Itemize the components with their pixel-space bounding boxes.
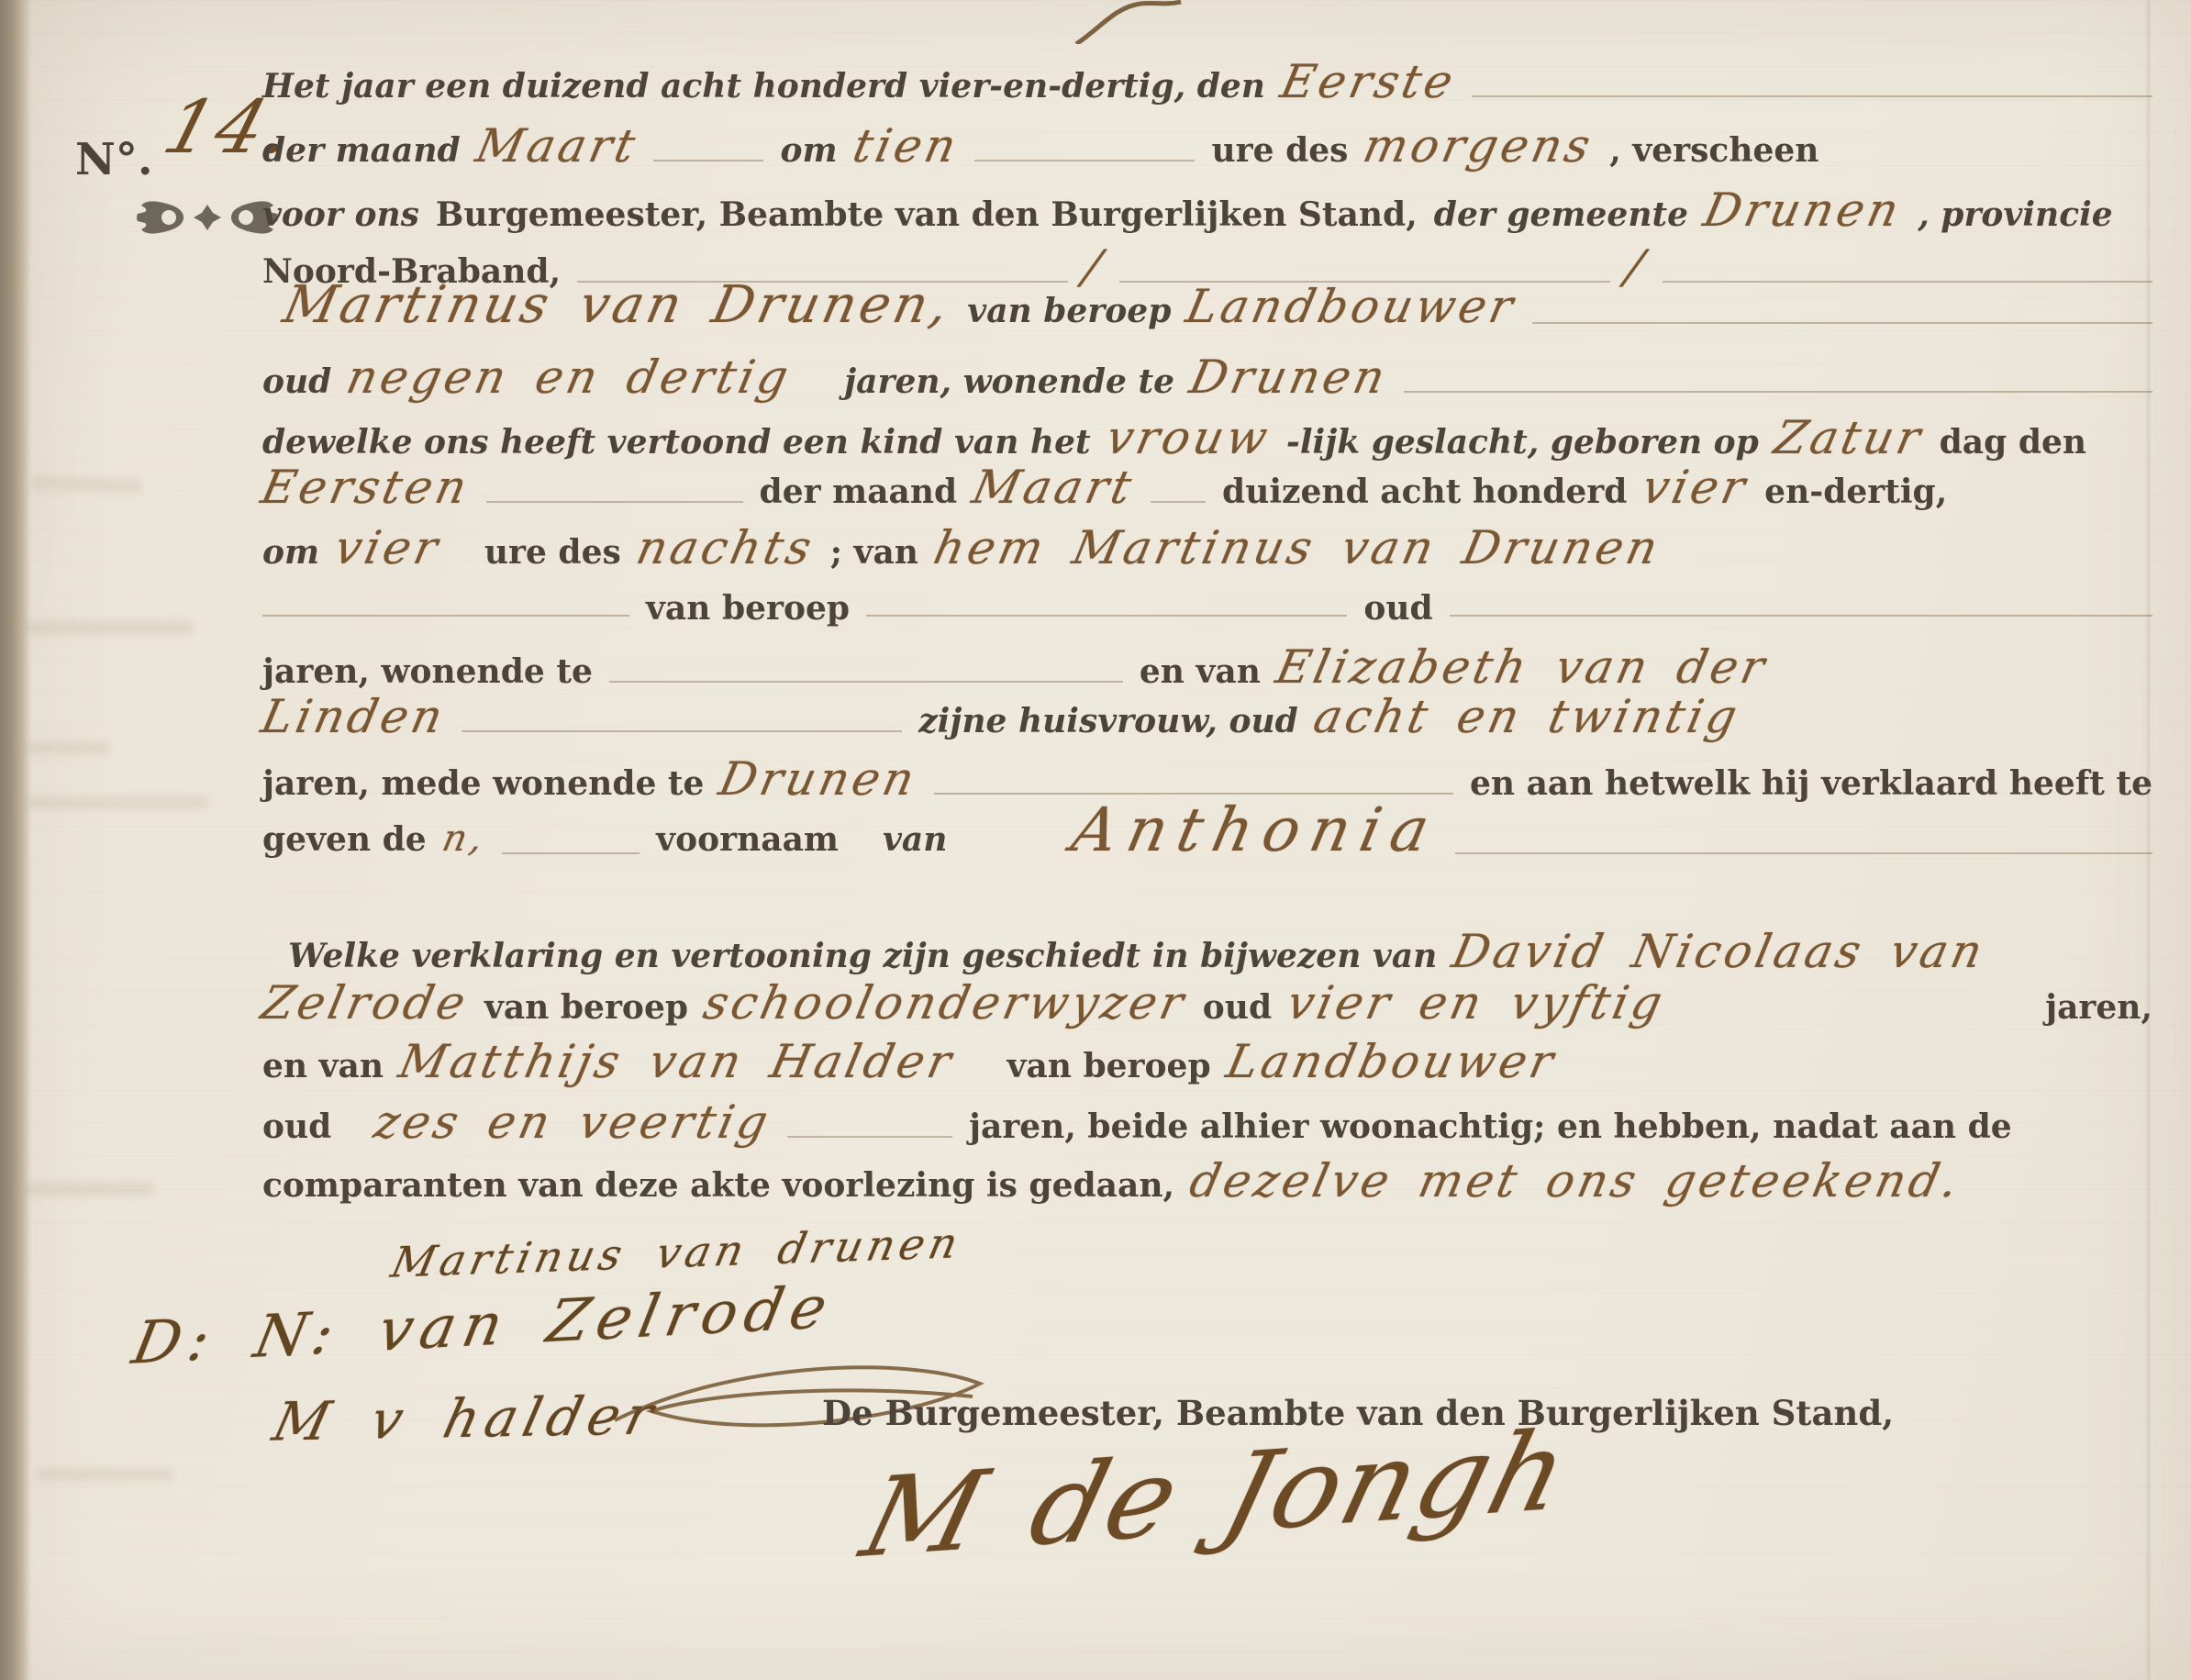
handwritten-residence: Drunen xyxy=(1185,350,1394,404)
bleedthrough-smudge xyxy=(26,796,209,809)
act-line-9: om vier ure des nachts ; van hem Martinu… xyxy=(262,521,2152,574)
bleedthrough-smudge xyxy=(26,1182,154,1196)
handwritten-witness2-name: Matthijs van Halder xyxy=(395,1035,960,1088)
act-number-label: N°. xyxy=(75,134,153,185)
print-text: oud xyxy=(1203,988,1272,1027)
print-text: -lijk geslacht, geboren op xyxy=(1286,423,1759,462)
handwritten-birth-daypart: nachts xyxy=(632,521,819,574)
page-binding-edge xyxy=(0,0,31,1680)
print-text: Welke verklaring en vertooning zijn gesc… xyxy=(288,937,1437,975)
scanned-birth-act: N°. 14. Het jaar een duizend acht honder… xyxy=(0,0,2191,1680)
handwritten-father-name: hem Martinus van Drunen xyxy=(929,521,1666,574)
print-text: zijne huisvrouw, oud xyxy=(918,702,1298,740)
handwritten-birth-month: Maart xyxy=(968,461,1140,514)
print-text: om xyxy=(262,533,319,572)
print-text: jaren, wonende te xyxy=(844,362,1174,401)
fill-rule xyxy=(974,160,1195,161)
fill-rule xyxy=(262,615,629,617)
fill-rule xyxy=(1532,322,2152,324)
print-text: dag den xyxy=(1940,423,2086,462)
act-line-5: Martinus van Drunen, van beroep Landbouw… xyxy=(262,275,2152,335)
handwritten-letter: n, xyxy=(439,818,490,860)
print-text: ure des xyxy=(1211,131,1348,170)
handwritten-witness1-age: vier en vyftig xyxy=(1283,976,1671,1029)
print-text: jaren, wonende te xyxy=(262,652,593,691)
print-text: en van xyxy=(262,1047,384,1085)
print-text: ure des xyxy=(484,533,621,572)
print-text: Het jaar een duizend acht honderd vier-e… xyxy=(262,67,1265,106)
print-text: duizend acht honderd xyxy=(1222,473,1627,511)
fill-rule xyxy=(462,730,902,732)
act-line-6: oud negen en dertig jaren, wonende te Dr… xyxy=(262,350,2152,404)
print-text: der maand xyxy=(760,473,958,511)
print-text: van beroep xyxy=(967,292,1171,330)
handwritten-weekday: Zatur xyxy=(1770,411,1929,464)
print-text: jaren, beide alhier woonachtig; en hebbe… xyxy=(969,1107,2012,1146)
handwritten-gender: vrouw xyxy=(1101,411,1275,464)
print-text: oud xyxy=(262,362,331,401)
act-line-11: jaren, wonende te en van Elizabeth van d… xyxy=(262,640,2152,694)
fill-rule xyxy=(866,615,1347,617)
act-line-16: Zelrode van beroep schoolonderwyzer oud … xyxy=(262,976,2152,1029)
handwritten-witness1-surname: Zelrode xyxy=(257,976,473,1029)
print-text: , provincie xyxy=(1918,195,2112,234)
print-text: comparanten van deze akte voorlezing is … xyxy=(262,1166,1174,1205)
act-line-1: Het jaar een duizend acht honderd vier-e… xyxy=(262,55,2152,108)
print-text: en-dertig, xyxy=(1764,473,1947,511)
handwritten-witness1-name: David Nicolaas van xyxy=(1448,925,1991,978)
act-line-19: comparanten van deze akte voorlezing is … xyxy=(262,1154,2152,1207)
fill-rule xyxy=(1404,391,2152,393)
handwritten-witness2-age: zes en veertig xyxy=(370,1096,776,1149)
print-text: en van xyxy=(1140,652,1261,691)
print-text: der maand xyxy=(262,131,461,170)
act-line-3: voor ons Burgemeester, Beambte van den B… xyxy=(262,184,2152,237)
handwritten-mother-age: acht en twintig xyxy=(1309,690,1745,743)
act-line-15: Welke verklaring en vertooning zijn gesc… xyxy=(262,925,2152,978)
stray-ink-stroke xyxy=(1051,0,1188,44)
fill-rule xyxy=(653,160,763,161)
handwritten-birth-hour: vier xyxy=(330,521,446,574)
print-text: jaren, xyxy=(2045,988,2152,1027)
handwritten-birth-year: vier xyxy=(1638,461,1753,514)
handwritten-day: Eerste xyxy=(1276,55,1462,108)
print-text: dewelke ons heeft vertoond een kind van … xyxy=(262,423,1091,462)
signature-declarant: Martinus van drunen xyxy=(387,1218,967,1286)
print-text: der gemeente xyxy=(1434,195,1688,234)
print-text: voornaam xyxy=(656,820,839,859)
fill-rule xyxy=(1455,852,2152,854)
handwritten-child-firstname: Anthonia xyxy=(1066,795,1446,865)
print-text: oud xyxy=(262,1107,331,1146)
fill-rule xyxy=(1472,95,2152,97)
print-text: geven de xyxy=(262,820,427,859)
bleedthrough-smudge xyxy=(28,741,110,754)
handwritten-witness2-occupation: Landbouwer xyxy=(1221,1035,1561,1088)
act-line-2: der maand Maart om tien ure des morgens … xyxy=(262,119,2152,172)
handwritten-mother-surname: Linden xyxy=(257,690,451,743)
bleedthrough-smudge xyxy=(28,620,193,635)
handwritten-daypart: morgens xyxy=(1359,119,1598,172)
act-line-17: en van Matthijs van Halder van beroep La… xyxy=(262,1035,2152,1088)
handwritten-mother-name: Elizabeth van der xyxy=(1272,640,1773,694)
print-text: van beroep xyxy=(646,589,850,628)
handwritten-age: negen en dertig xyxy=(342,350,796,404)
print-text: om xyxy=(780,131,837,170)
handwritten-municipality: Drunen xyxy=(1699,184,1907,237)
print-text: , verscheen xyxy=(1609,131,1818,170)
print-text: voor ons xyxy=(262,195,419,234)
handwritten-hour: tien xyxy=(848,119,963,172)
handwritten-closing: dezelve met ons geteekend. xyxy=(1185,1154,1966,1207)
act-line-7: dewelke ons heeft vertoond een kind van … xyxy=(262,411,2152,464)
print-text: van beroep xyxy=(1007,1047,1211,1085)
bleedthrough-smudge xyxy=(37,1468,174,1481)
print-text: Burgemeester, Beambte van den Burgerlijk… xyxy=(436,195,1418,234)
print-text: oud xyxy=(1363,589,1432,628)
handwritten-birth-day: Eersten xyxy=(257,461,475,514)
fill-rule xyxy=(1151,501,1206,503)
act-line-10: van beroep oud xyxy=(262,589,2152,628)
fill-rule xyxy=(787,1136,952,1138)
act-line-18: oud zes en veertig jaren, beide alhier w… xyxy=(262,1096,2152,1149)
handwritten-witness1-occupation: schoolonderwyzer xyxy=(699,976,1192,1029)
act-line-12: Linden zijne huisvrouw, oud acht en twin… xyxy=(262,690,2152,743)
fill-rule xyxy=(609,681,1123,683)
print-text: van xyxy=(883,820,947,859)
handwritten-declarant-name: Martinus van Drunen, xyxy=(278,275,957,335)
print-text: van beroep xyxy=(484,988,688,1027)
fill-rule xyxy=(1450,615,2152,617)
fill-rule xyxy=(486,501,743,503)
act-line-14: geven de n, voornaam van Anthonia xyxy=(262,795,2152,865)
handwritten-month: Maart xyxy=(472,119,643,172)
print-text: ; van xyxy=(830,533,918,572)
fleuron-ornament-icon xyxy=(136,196,279,239)
act-line-8: Eersten der maand Maart duizend acht hon… xyxy=(262,461,2152,514)
bleedthrough-smudge xyxy=(31,475,141,494)
handwritten-occupation: Landbouwer xyxy=(1182,280,1521,333)
fill-rule xyxy=(502,852,640,854)
